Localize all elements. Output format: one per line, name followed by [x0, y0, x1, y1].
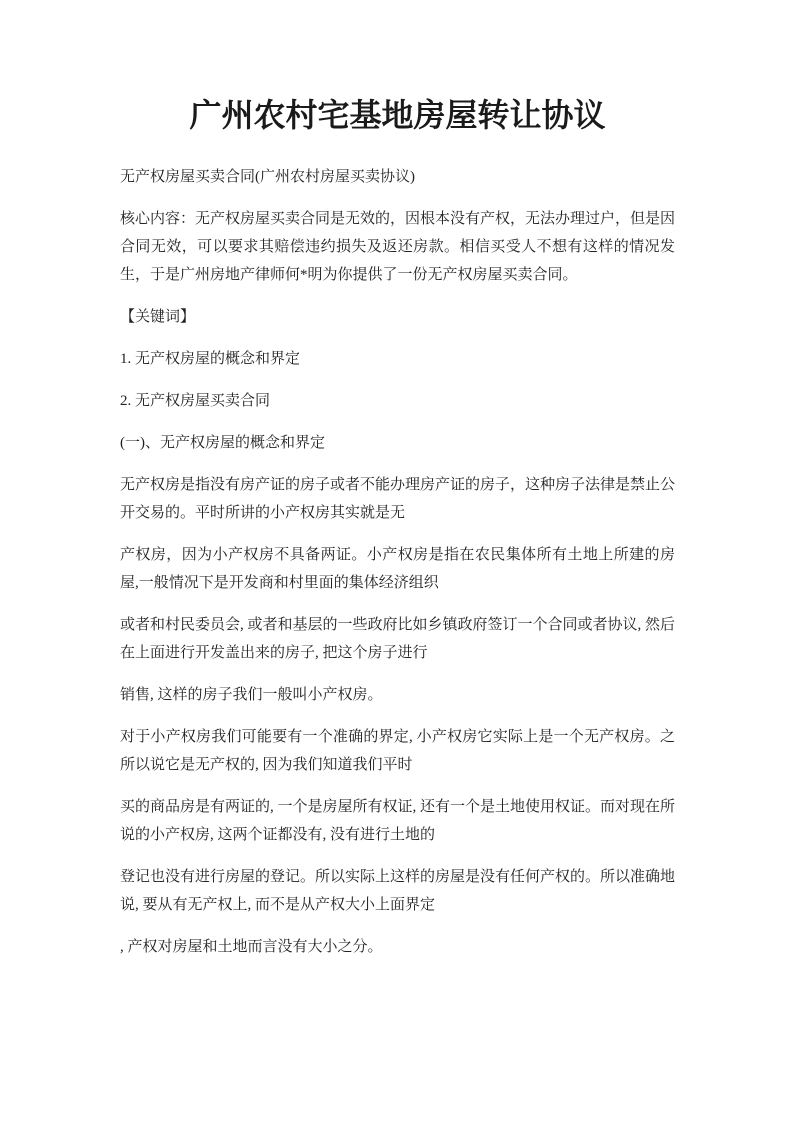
paragraph: 登记也没有进行房屋的登记。所以实际上这样的房屋是没有任何产权的。所以准确地说, … — [120, 863, 675, 919]
paragraph: 销售, 这样的房子我们一般叫小产权房。 — [120, 681, 675, 709]
paragraph: 无产权房屋买卖合同(广州农村房屋买卖协议) — [120, 163, 675, 191]
paragraph: 核心内容：无产权房屋买卖合同是无效的，因根本没有产权，无法办理过户，但是因合同无… — [120, 205, 675, 289]
paragraph: 对于小产权房我们可能要有一个准确的界定, 小产权房它实际上是一个无产权房。之所以… — [120, 723, 675, 779]
paragraph: 买的商品房是有两证的, 一个是房屋所有权证, 还有一个是土地使用权证。而对现在所… — [120, 793, 675, 849]
paragraph: 1. 无产权房屋的概念和界定 — [120, 345, 675, 373]
document-page: 广州农村宅基地房屋转让协议 无产权房屋买卖合同(广州农村房屋买卖协议)核心内容：… — [0, 0, 793, 1122]
paragraph: 产权房，因为小产权房不具备两证。小产权房是指在农民集体所有土地上所建的房屋,一般… — [120, 541, 675, 597]
paragraph: 或者和村民委员会, 或者和基层的一些政府比如乡镇政府签订一个合同或者协议, 然后… — [120, 611, 675, 667]
paragraph: , 产权对房屋和土地而言没有大小之分。 — [120, 933, 675, 961]
document-body: 无产权房屋买卖合同(广州农村房屋买卖协议)核心内容：无产权房屋买卖合同是无效的，… — [120, 163, 675, 961]
document-title: 广州农村宅基地房屋转让协议 — [120, 95, 675, 135]
paragraph: 2. 无产权房屋买卖合同 — [120, 387, 675, 415]
paragraph: (一)、无产权房屋的概念和界定 — [120, 429, 675, 457]
paragraph: 【关键词】 — [120, 303, 675, 331]
paragraph: 无产权房是指没有房产证的房子或者不能办理房产证的房子，这种房子法律是禁止公开交易… — [120, 471, 675, 527]
